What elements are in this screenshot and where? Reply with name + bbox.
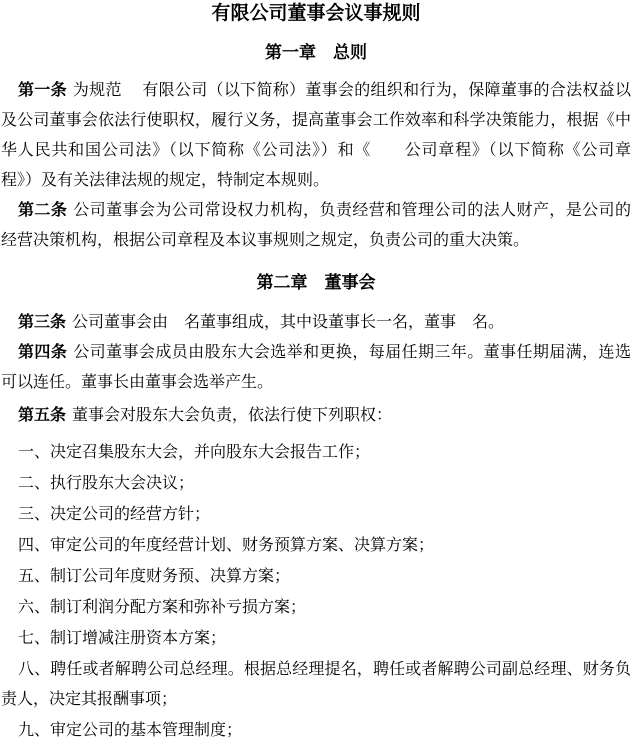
- list-item-7: 七、制订增减注册资本方案；: [1, 624, 631, 654]
- article-2: 第二条公司董事会为公司常设权力机构，负责经营和管理公司的法人财产，是公司的经营决…: [1, 196, 631, 256]
- article-5-text: 董事会对股东大会负责，依法行使下列职权：: [72, 407, 392, 424]
- document-title: 有限公司董事会议事规则: [1, 0, 631, 26]
- list-item-4: 四、审定公司的年度经营计划、财务预算方案、决算方案；: [1, 531, 631, 561]
- article-2-text: 公司董事会为公司常设权力机构，负责经营和管理公司的法人财产，是公司的经营决策机构…: [1, 202, 631, 249]
- article-1: 第一条为规范 有限公司（以下简称）董事会的组织和行为，保障董事的合法权益以及公司…: [1, 76, 631, 196]
- article-1-label: 第一条: [18, 82, 67, 99]
- chapter-one-heading: 第一章 总则: [1, 43, 631, 63]
- article-1-text: 为规范 有限公司（以下简称）董事会的组织和行为，保障董事的合法权益以及公司董事会…: [1, 82, 631, 189]
- list-item-6: 六、制订利润分配方案和弥补亏损方案；: [1, 593, 631, 623]
- article-4-label: 第四条: [18, 344, 67, 361]
- list-item-8: 八、聘任或者解聘公司总经理。根据总经理提名，聘任或者解聘公司副总经理、财务负责人…: [1, 655, 631, 715]
- article-4: 第四条公司董事会成员由股东大会选举和更换，每届任期三年。董事任期届满，连选可以连…: [1, 338, 631, 398]
- board-powers-list: 一、决定召集股东大会，并向股东大会报告工作； 二、执行股东大会决议； 三、决定公…: [1, 438, 631, 746]
- list-item-3: 三、决定公司的经营方针；: [1, 500, 631, 530]
- list-item-2: 二、执行股东大会决议；: [1, 469, 631, 499]
- article-5: 第五条董事会对股东大会负责，依法行使下列职权：: [1, 401, 631, 431]
- article-3-label: 第三条: [18, 314, 66, 331]
- list-item-9: 九、审定公司的基本管理制度；: [1, 716, 631, 746]
- article-3-text: 公司董事会由 名董事组成，其中设董事长一名，董事 名。: [72, 314, 504, 331]
- document-page: 有限公司董事会议事规则 第一章 总则 第一条为规范 有限公司（以下简称）董事会的…: [0, 0, 632, 746]
- list-item-5: 五、制订公司年度财务预、决算方案；: [1, 562, 631, 592]
- article-5-label: 第五条: [18, 407, 66, 424]
- article-2-label: 第二条: [18, 202, 67, 219]
- chapter-two-heading: 第二章 董事会: [1, 273, 631, 293]
- article-4-text: 公司董事会成员由股东大会选举和更换，每届任期三年。董事任期届满，连选可以连任。董…: [1, 344, 631, 391]
- article-3: 第三条公司董事会由 名董事组成，其中设董事长一名，董事 名。: [1, 308, 631, 338]
- list-item-1: 一、决定召集股东大会，并向股东大会报告工作；: [1, 438, 631, 468]
